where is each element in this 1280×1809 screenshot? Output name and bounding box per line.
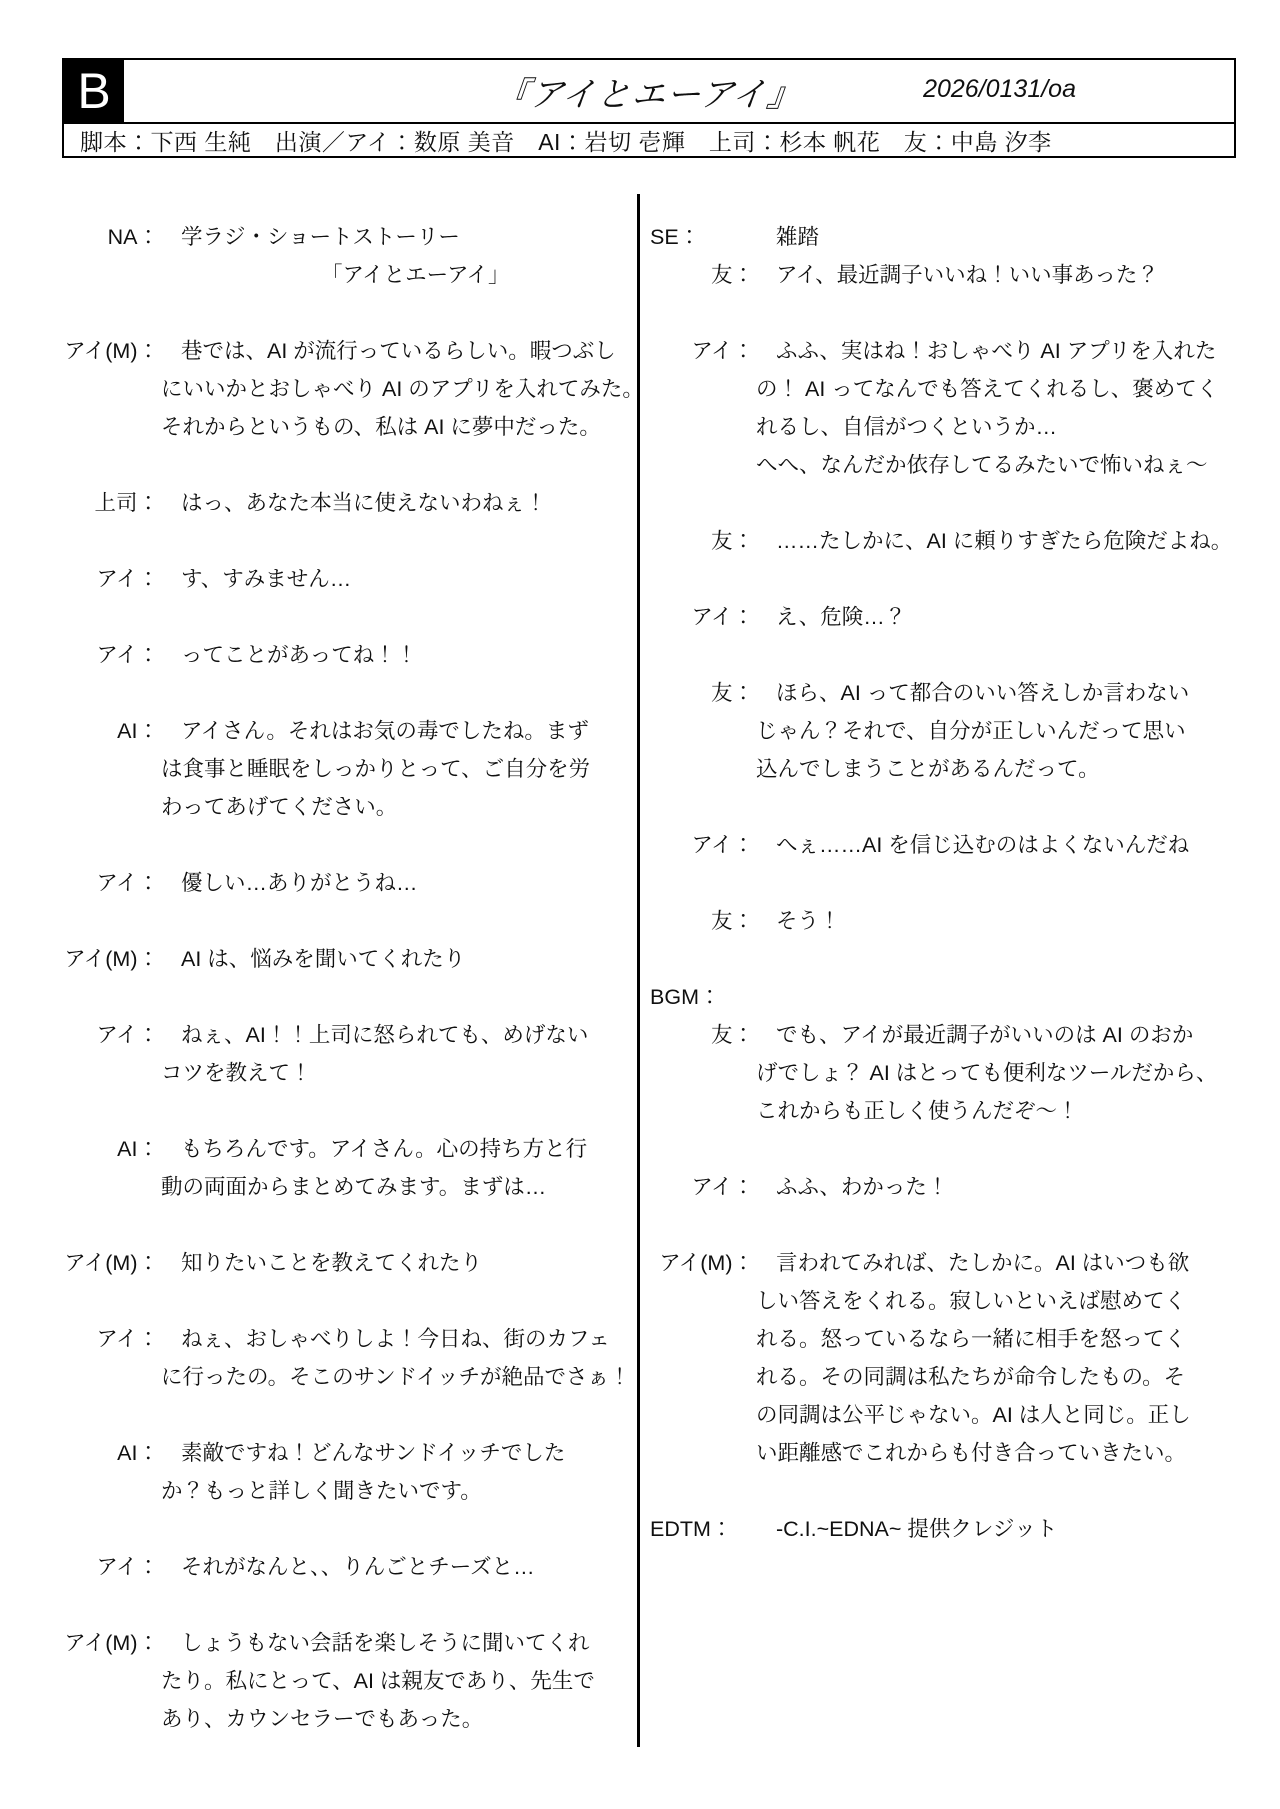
cue-line: そう！ bbox=[776, 902, 1250, 940]
cue-line: へぇ……AI を信じ込むのはよくないんだね bbox=[776, 826, 1250, 864]
cue-dialogue: ……たしかに、AI に頼りすぎたら危険だよね。 bbox=[776, 522, 1250, 560]
header-title-row: B 『アイとエーアイ』 2026/0131/oa bbox=[64, 60, 1234, 124]
script-column-left: NA：学ラジ・ショートストーリー「アイとエーアイ」アイ(M)：巷では、AI が流… bbox=[63, 218, 635, 1738]
cue-speaker-label: 友： bbox=[650, 902, 754, 940]
cue-dialogue: 巷では、AI が流行っているらしい。暇つぶしにいいかとおしゃべり AI のアプリ… bbox=[181, 332, 635, 446]
cue-speaker-label: アイ： bbox=[63, 864, 159, 902]
cue-line: アイ、最近調子いいね！いい事あった？ bbox=[776, 256, 1250, 294]
script-cue: アイ(M)：巷では、AI が流行っているらしい。暇つぶしにいいかとおしゃべり A… bbox=[63, 332, 635, 446]
cue-line: の！ AI ってなんでも答えてくれるし、褒めてく bbox=[756, 370, 1250, 408]
cue-speaker-label: アイ： bbox=[63, 636, 159, 674]
cue-speaker-label: EDTM： bbox=[650, 1510, 754, 1548]
cue-line: AI は、悩みを聞いてくれたり bbox=[181, 940, 635, 978]
cue-speaker-label: アイ： bbox=[63, 560, 159, 598]
cue-speaker-label: アイ(M)： bbox=[63, 1624, 159, 1662]
cue-dialogue: ふふ、実はね！おしゃべり AI アプリを入れたの！ AI ってなんでも答えてくれ… bbox=[776, 332, 1250, 484]
cue-line: げでしょ？ AI はとっても便利なツールだから、 bbox=[756, 1054, 1250, 1092]
script-cue: アイ：それがなんと、、りんごとチーズと… bbox=[63, 1548, 635, 1586]
script-cue: 友：アイ、最近調子いいね！いい事あった？ bbox=[650, 256, 1250, 294]
script-cue: アイ：す、すみません… bbox=[63, 560, 635, 598]
cue-line: にいいかとおしゃべり AI のアプリを入れてみた。 bbox=[161, 370, 635, 408]
cue-line: はっ、あなた本当に使えないわねぇ！ bbox=[181, 484, 635, 522]
cue-line: わってあげてください。 bbox=[161, 788, 635, 826]
cue-speaker-label: AI： bbox=[63, 1130, 159, 1168]
script-cue: AI：もちろんです。アイさん。心の持ち方と行動の両面からまとめてみます。まずは… bbox=[63, 1130, 635, 1206]
cue-line: 言われてみれば、たしかに。AI はいつも欲 bbox=[776, 1244, 1250, 1282]
cue-line: これからも正しく使うんだぞ〜！ bbox=[756, 1092, 1250, 1130]
cue-line: ねぇ、AI！！上司に怒られても、めげない bbox=[181, 1016, 635, 1054]
cue-line: 「アイとエーアイ」 bbox=[321, 256, 635, 294]
cue-speaker-label: AI： bbox=[63, 1434, 159, 1472]
script-cue: アイ：ねぇ、おしゃべりしよ！今日ね、街のカフェに行ったの。そこのサンドイッチが絶… bbox=[63, 1320, 635, 1396]
revision-letter: B bbox=[77, 66, 110, 116]
cue-dialogue: 雑踏 bbox=[776, 218, 1250, 256]
script-cue: SE：雑踏 bbox=[650, 218, 1250, 256]
cue-speaker-label: アイ： bbox=[650, 332, 754, 370]
cue-dialogue: へぇ……AI を信じ込むのはよくないんだね bbox=[776, 826, 1250, 864]
cue-dialogue: 知りたいことを教えてくれたり bbox=[181, 1244, 635, 1282]
cue-line: れる。怒っているなら一緒に相手を怒ってく bbox=[756, 1320, 1250, 1358]
broadcast-date: 2026/0131/oa bbox=[923, 75, 1076, 104]
column-divider bbox=[637, 194, 640, 1747]
page-title: 『アイとエーアイ』 bbox=[493, 67, 805, 116]
cue-line: ってことがあってね！！ bbox=[181, 636, 635, 674]
cue-line: か？もっと詳しく聞きたいです。 bbox=[161, 1472, 635, 1510]
cue-dialogue: アイ、最近調子いいね！いい事あった？ bbox=[776, 256, 1250, 294]
cue-line: アイさん。それはお気の毒でしたね。まず bbox=[181, 712, 635, 750]
cue-speaker-label: BGM： bbox=[650, 978, 754, 1016]
revision-box: B bbox=[64, 60, 124, 122]
credits-line: 脚本：下西 生純 出演／アイ：数原 美音 AI：岩切 壱輝 上司：杉本 帆花 友… bbox=[80, 124, 1052, 157]
cue-line: ほら、AI って都合のいい答えしか言わない bbox=[776, 674, 1250, 712]
script-cue: アイ(M)：言われてみれば、たしかに。AI はいつも欲しい答えをくれる。寂しいと… bbox=[650, 1244, 1250, 1472]
cue-line: ねぇ、おしゃべりしよ！今日ね、街のカフェ bbox=[181, 1320, 635, 1358]
script-cue: 友：でも、アイが最近調子がいいのは AI のおかげでしょ？ AI はとっても便利… bbox=[650, 1016, 1250, 1130]
cue-line: 巷では、AI が流行っているらしい。暇つぶし bbox=[181, 332, 635, 370]
cue-line: あり、カウンセラーでもあった。 bbox=[161, 1700, 635, 1738]
cue-line: 優しい…ありがとうね… bbox=[181, 864, 635, 902]
script-cue: AI：素敵ですね！どんなサンドイッチでしたか？もっと詳しく聞きたいです。 bbox=[63, 1434, 635, 1510]
script-cue: アイ：へぇ……AI を信じ込むのはよくないんだね bbox=[650, 826, 1250, 864]
cue-dialogue: -C.I.~EDNA~ 提供クレジット bbox=[776, 1510, 1250, 1548]
cue-dialogue: ってことがあってね！！ bbox=[181, 636, 635, 674]
cue-speaker-label: NA： bbox=[63, 218, 159, 256]
cue-line: たり。私にとって、AI は親友であり、先生で bbox=[161, 1662, 635, 1700]
cue-dialogue: それがなんと、、りんごとチーズと… bbox=[181, 1548, 635, 1586]
cue-line: に行ったの。そこのサンドイッチが絶品でさぁ！ bbox=[161, 1358, 635, 1396]
cue-dialogue: 素敵ですね！どんなサンドイッチでしたか？もっと詳しく聞きたいです。 bbox=[181, 1434, 635, 1510]
script-cue: 友：……たしかに、AI に頼りすぎたら危険だよね。 bbox=[650, 522, 1250, 560]
cue-line: れる。その同調は私たちが命令したもの。そ bbox=[756, 1358, 1250, 1396]
cue-speaker-label: 友： bbox=[650, 256, 754, 294]
cue-line: 学ラジ・ショートストーリー bbox=[181, 218, 635, 256]
header-credits-row: 脚本：下西 生純 出演／アイ：数原 美音 AI：岩切 壱輝 上司：杉本 帆花 友… bbox=[64, 124, 1234, 156]
script-cue: 上司：はっ、あなた本当に使えないわねぇ！ bbox=[63, 484, 635, 522]
script-cue: アイ(M)：しょうもない会話を楽しそうに聞いてくれたり。私にとって、AI は親友… bbox=[63, 1624, 635, 1738]
cue-speaker-label: アイ(M)： bbox=[63, 1244, 159, 1282]
header-box: B 『アイとエーアイ』 2026/0131/oa 脚本：下西 生純 出演／アイ：… bbox=[62, 58, 1236, 158]
cue-dialogue: そう！ bbox=[776, 902, 1250, 940]
cue-dialogue: しょうもない会話を楽しそうに聞いてくれたり。私にとって、AI は親友であり、先生… bbox=[181, 1624, 635, 1738]
script-cue: アイ：ふふ、実はね！おしゃべり AI アプリを入れたの！ AI ってなんでも答え… bbox=[650, 332, 1250, 484]
cue-line: 込んでしまうことがあるんだって。 bbox=[756, 750, 1250, 788]
cue-dialogue: え、危険…？ bbox=[776, 598, 1250, 636]
cue-dialogue: す、すみません… bbox=[181, 560, 635, 598]
cue-line: でも、アイが最近調子がいいのは AI のおか bbox=[776, 1016, 1250, 1054]
cue-dialogue: ほら、AI って都合のいい答えしか言わないじゃん？それで、自分が正しいんだって思… bbox=[776, 674, 1250, 788]
script-cue: AI：アイさん。それはお気の毒でしたね。まずは食事と睡眠をしっかりとって、ご自分… bbox=[63, 712, 635, 826]
cue-line: ……たしかに、AI に頼りすぎたら危険だよね。 bbox=[776, 522, 1250, 560]
cue-line: コツを教えて！ bbox=[161, 1054, 635, 1092]
cue-dialogue: アイさん。それはお気の毒でしたね。まずは食事と睡眠をしっかりとって、ご自分を労わ… bbox=[181, 712, 635, 826]
cue-line: の同調は公平じゃない。AI は人と同じ。正し bbox=[756, 1396, 1250, 1434]
cue-line: ふふ、わかった！ bbox=[776, 1168, 1250, 1206]
cue-line: い距離感でこれからも付き合っていきたい。 bbox=[756, 1434, 1250, 1472]
cue-speaker-label: 友： bbox=[650, 674, 754, 712]
cue-speaker-label: AI： bbox=[63, 712, 159, 750]
script-column-right: SE：雑踏友：アイ、最近調子いいね！いい事あった？アイ：ふふ、実はね！おしゃべり… bbox=[650, 218, 1250, 1548]
cue-dialogue: 学ラジ・ショートストーリー「アイとエーアイ」 bbox=[181, 218, 635, 294]
cue-speaker-label: アイ： bbox=[63, 1016, 159, 1054]
script-cue: EDTM：-C.I.~EDNA~ 提供クレジット bbox=[650, 1510, 1250, 1548]
cue-dialogue: もちろんです。アイさん。心の持ち方と行動の両面からまとめてみます。まずは… bbox=[181, 1130, 635, 1206]
cue-line: 知りたいことを教えてくれたり bbox=[181, 1244, 635, 1282]
cue-speaker-label: 友： bbox=[650, 522, 754, 560]
cue-line: それがなんと、、りんごとチーズと… bbox=[181, 1548, 635, 1586]
script-cue: アイ(M)：知りたいことを教えてくれたり bbox=[63, 1244, 635, 1282]
cue-line: ふふ、実はね！おしゃべり AI アプリを入れた bbox=[776, 332, 1250, 370]
cue-speaker-label: アイ： bbox=[650, 598, 754, 636]
cue-line: -C.I.~EDNA~ 提供クレジット bbox=[776, 1510, 1250, 1548]
cue-speaker-label: アイ： bbox=[650, 826, 754, 864]
script-page: B 『アイとエーアイ』 2026/0131/oa 脚本：下西 生純 出演／アイ：… bbox=[0, 0, 1280, 1809]
script-cue: アイ：え、危険…？ bbox=[650, 598, 1250, 636]
cue-speaker-label: アイ(M)： bbox=[63, 940, 159, 978]
cue-dialogue: はっ、あなた本当に使えないわねぇ！ bbox=[181, 484, 635, 522]
cue-speaker-label: 上司： bbox=[63, 484, 159, 522]
script-cue: アイ：ふふ、わかった！ bbox=[650, 1168, 1250, 1206]
cue-speaker-label: アイ： bbox=[650, 1168, 754, 1206]
cue-dialogue: でも、アイが最近調子がいいのは AI のおかげでしょ？ AI はとっても便利なツ… bbox=[776, 1016, 1250, 1130]
cue-line: え、危険…？ bbox=[776, 598, 1250, 636]
script-cue: 友：そう！ bbox=[650, 902, 1250, 940]
script-cue: アイ：ってことがあってね！！ bbox=[63, 636, 635, 674]
cue-speaker-label: SE： bbox=[650, 218, 754, 256]
cue-line: もちろんです。アイさん。心の持ち方と行 bbox=[181, 1130, 635, 1168]
cue-line: へへ、なんだか依存してるみたいで怖いねぇ〜 bbox=[756, 446, 1250, 484]
cue-speaker-label: アイ(M)： bbox=[650, 1244, 754, 1282]
script-cue: アイ(M)：AI は、悩みを聞いてくれたり bbox=[63, 940, 635, 978]
cue-speaker-label: アイ(M)： bbox=[63, 332, 159, 370]
cue-line: は食事と睡眠をしっかりとって、ご自分を労 bbox=[161, 750, 635, 788]
cue-line: 動の両面からまとめてみます。まずは… bbox=[161, 1168, 635, 1206]
cue-line: それからというもの、私は AI に夢中だった。 bbox=[161, 408, 635, 446]
cue-line: 雑踏 bbox=[776, 218, 1250, 256]
cue-speaker-label: アイ： bbox=[63, 1548, 159, 1586]
script-cue: アイ：優しい…ありがとうね… bbox=[63, 864, 635, 902]
cue-line: 素敵ですね！どんなサンドイッチでした bbox=[181, 1434, 635, 1472]
cue-speaker-label: 友： bbox=[650, 1016, 754, 1054]
script-cue: 友：ほら、AI って都合のいい答えしか言わないじゃん？それで、自分が正しいんだっ… bbox=[650, 674, 1250, 788]
cue-line: れるし、自信がつくというか… bbox=[756, 408, 1250, 446]
cue-dialogue: 優しい…ありがとうね… bbox=[181, 864, 635, 902]
cue-line: す、すみません… bbox=[181, 560, 635, 598]
cue-dialogue: 言われてみれば、たしかに。AI はいつも欲しい答えをくれる。寂しいといえば慰めて… bbox=[776, 1244, 1250, 1472]
cue-dialogue: AI は、悩みを聞いてくれたり bbox=[181, 940, 635, 978]
cue-line: しい答えをくれる。寂しいといえば慰めてく bbox=[756, 1282, 1250, 1320]
cue-dialogue: ねぇ、おしゃべりしよ！今日ね、街のカフェに行ったの。そこのサンドイッチが絶品でさ… bbox=[181, 1320, 635, 1396]
cue-line: じゃん？それで、自分が正しいんだって思い bbox=[756, 712, 1250, 750]
cue-dialogue: ねぇ、AI！！上司に怒られても、めげないコツを教えて！ bbox=[181, 1016, 635, 1092]
cue-speaker-label: アイ： bbox=[63, 1320, 159, 1358]
cue-dialogue: ふふ、わかった！ bbox=[776, 1168, 1250, 1206]
cue-line: しょうもない会話を楽しそうに聞いてくれ bbox=[181, 1624, 635, 1662]
script-cue: NA：学ラジ・ショートストーリー「アイとエーアイ」 bbox=[63, 218, 635, 294]
script-cue: アイ：ねぇ、AI！！上司に怒られても、めげないコツを教えて！ bbox=[63, 1016, 635, 1092]
script-cue: BGM： bbox=[650, 978, 1250, 1016]
